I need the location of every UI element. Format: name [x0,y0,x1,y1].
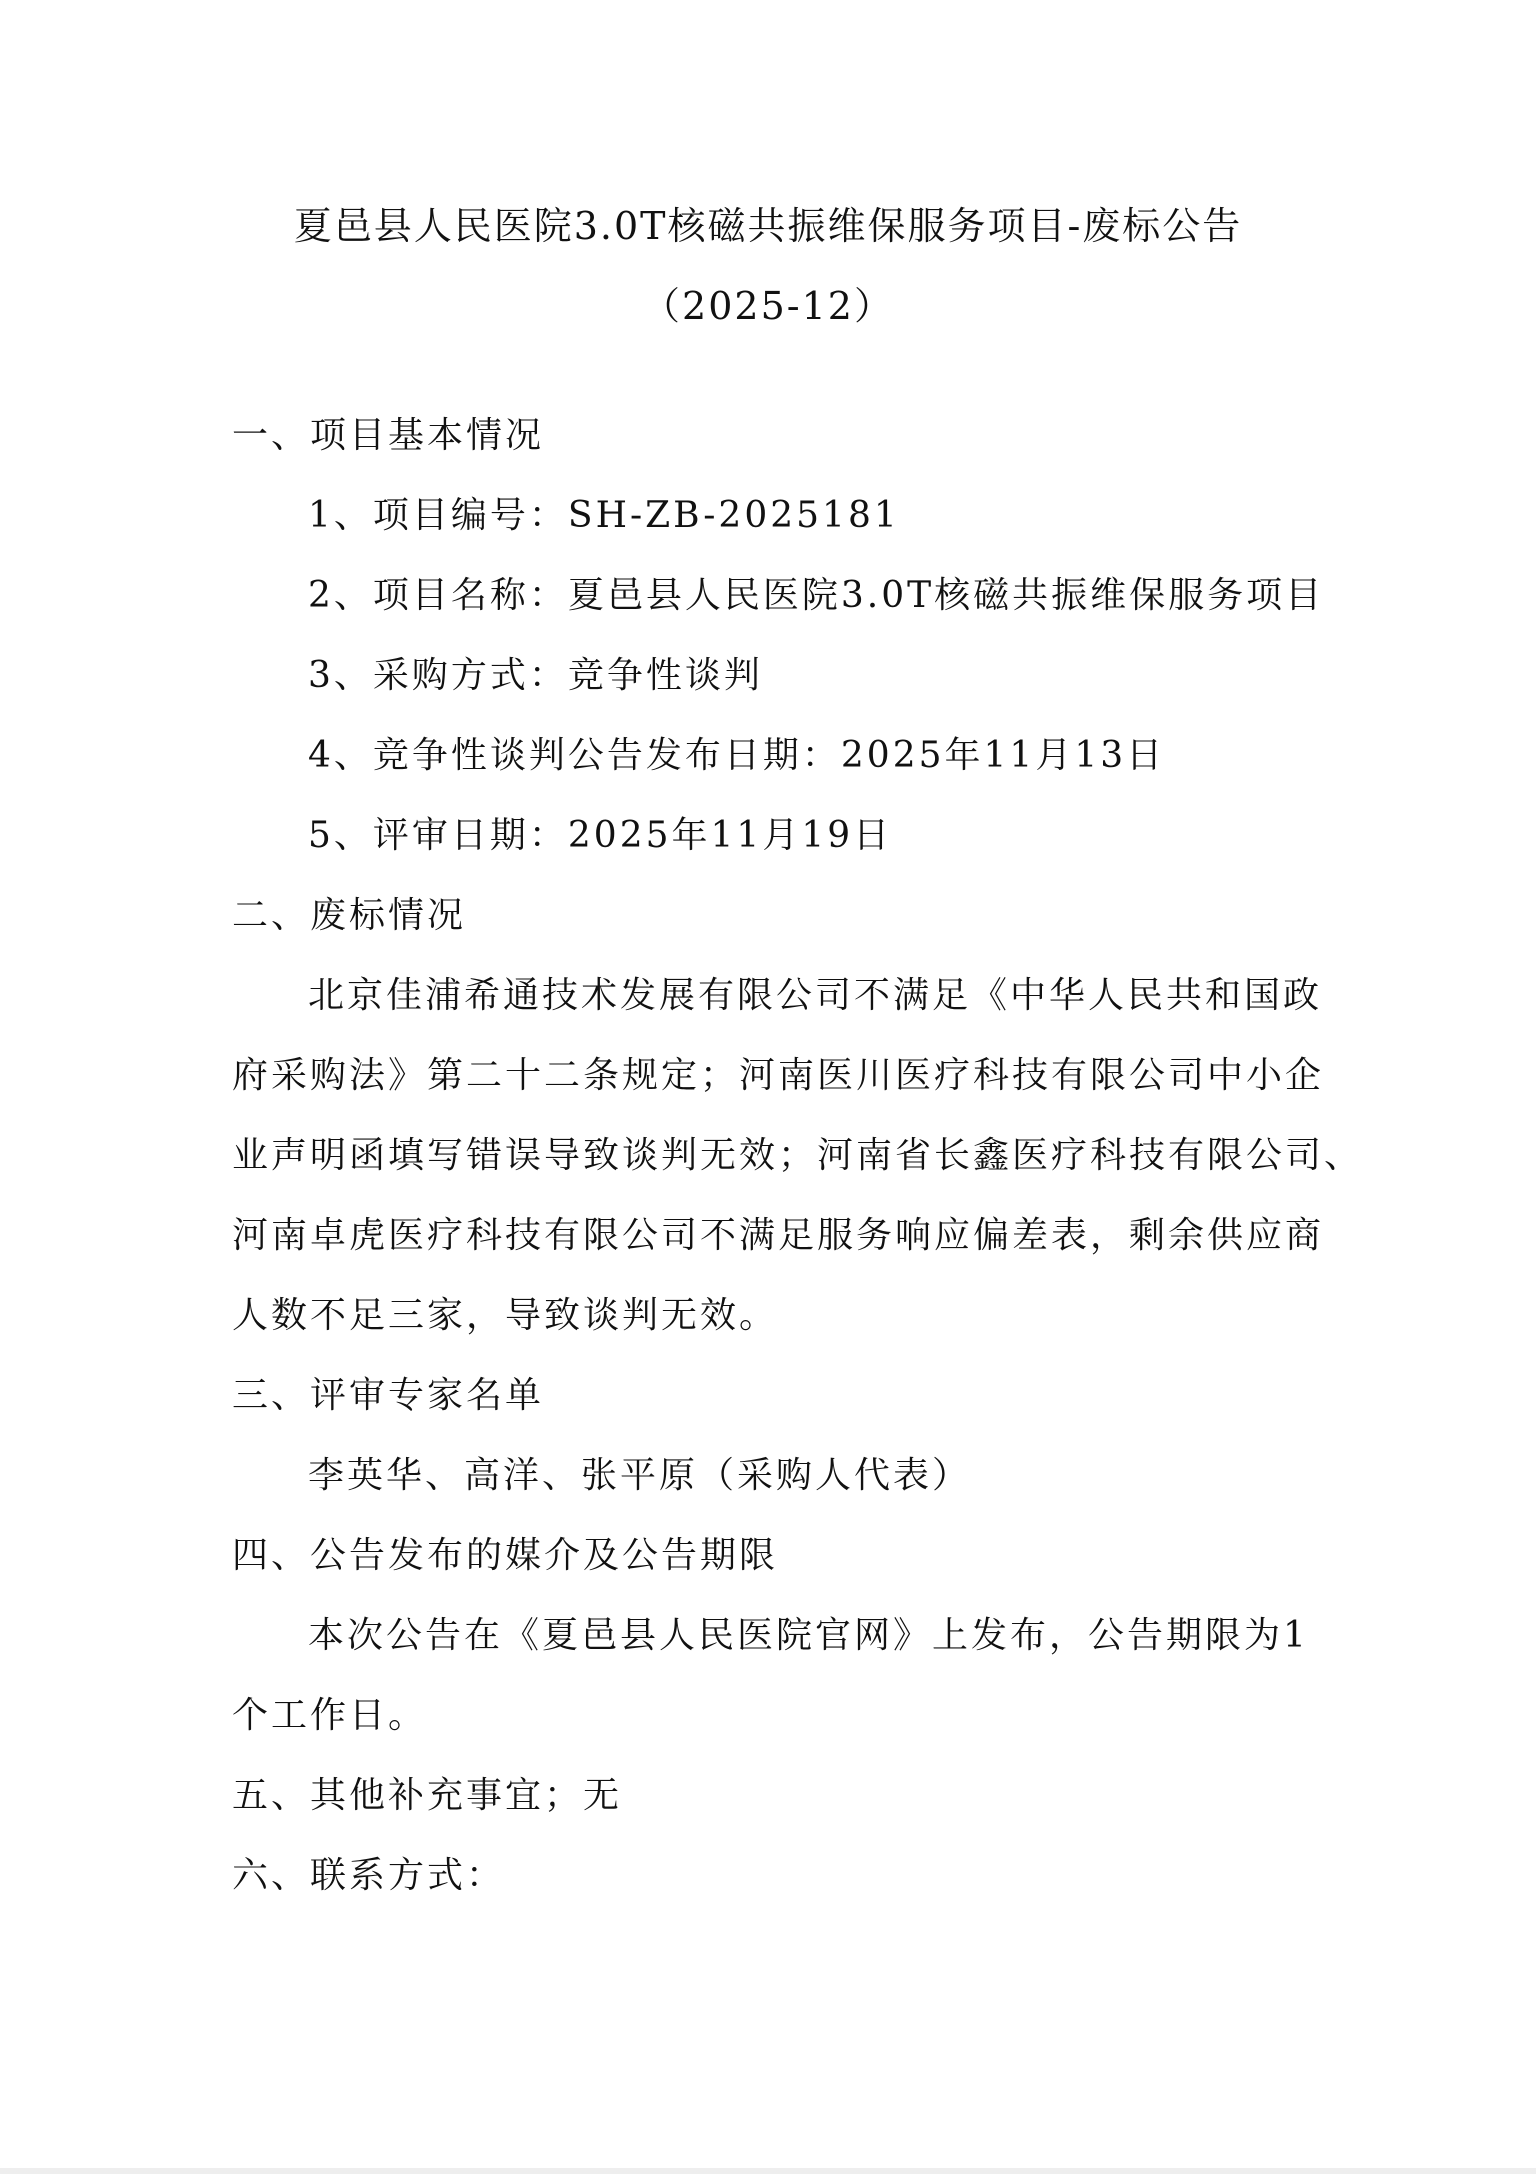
section2-paragraph-line: 北京佳浦希通技术发展有限公司不满足《中华人民共和国政 [308,978,1322,1014]
project-number: 1、项目编号：SH-ZB-2025181 [308,498,900,534]
section5-heading: 五、其他补充事宜；无 [232,1778,622,1814]
section4-paragraph-line: 个工作日。 [232,1698,427,1734]
section4-heading: 四、公告发布的媒介及公告期限 [232,1538,778,1574]
section2-paragraph-line: 河南卓虎医疗科技有限公司不满足服务响应偏差表，剩余供应商 [232,1218,1324,1254]
section2-heading: 二、废标情况 [232,898,466,934]
announcement-date: 4、竞争性谈判公告发布日期：2025年11月13日 [308,738,1165,774]
document-title: 夏邑县人民医院3.0T核磁共振维保服务项目-废标公告 [0,195,1536,250]
page-bottom-edge [0,2168,1536,2174]
procurement-method: 3、采购方式：竞争性谈判 [308,658,763,694]
project-name: 2、项目名称：夏邑县人民医院3.0T核磁共振维保服务项目 [308,578,1324,614]
document-title-number: （2025-12） [0,275,1536,330]
section2-paragraph-line: 人数不足三家，导致谈判无效。 [232,1298,778,1334]
expert-list: 李英华、高洋、张平原（采购人代表） [308,1458,971,1494]
document-page: 夏邑县人民医院3.0T核磁共振维保服务项目-废标公告 （2025-12） 一、项… [0,0,1536,2174]
section1-heading: 一、项目基本情况 [232,418,544,454]
section4-paragraph-line: 本次公告在《夏邑县人民医院官网》上发布，公告期限为1 [308,1618,1309,1654]
section3-heading: 三、评审专家名单 [232,1378,544,1414]
section2-paragraph-line: 府采购法》第二十二条规定；河南医川医疗科技有限公司中小企 [232,1058,1324,1094]
section6-heading: 六、联系方式： [232,1858,505,1894]
section2-paragraph-line: 业声明函填写错误导致谈判无效；河南省长鑫医疗科技有限公司、 [232,1138,1363,1174]
review-date: 5、评审日期：2025年11月19日 [308,818,892,854]
